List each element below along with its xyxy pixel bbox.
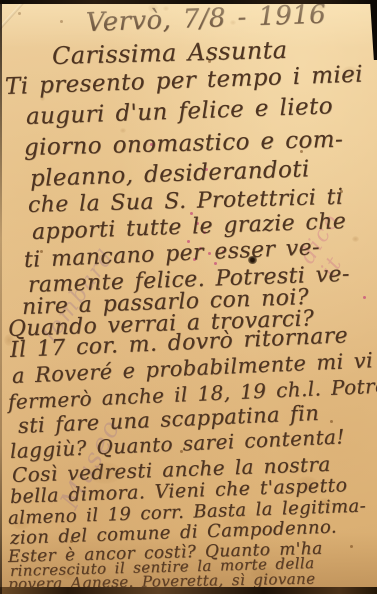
freckle xyxy=(350,545,353,548)
scan-edge-top xyxy=(0,0,377,4)
corner-crease xyxy=(0,0,53,43)
scan-edge-bottom xyxy=(0,587,377,594)
stain xyxy=(352,236,359,242)
postcard-scan: lombard Museo dico it Vervò, 7/8 - 1916 … xyxy=(0,0,377,594)
letter-line: auguri d'un felice e lieto xyxy=(26,93,334,130)
freckle xyxy=(330,420,333,423)
place-date-line: Vervò, 7/8 - 1916 xyxy=(85,0,326,38)
ink-speckle xyxy=(363,296,366,299)
freckle xyxy=(60,20,63,23)
scan-edge-right xyxy=(370,0,377,60)
scan-edge-left xyxy=(0,0,2,594)
freckle xyxy=(18,12,21,15)
